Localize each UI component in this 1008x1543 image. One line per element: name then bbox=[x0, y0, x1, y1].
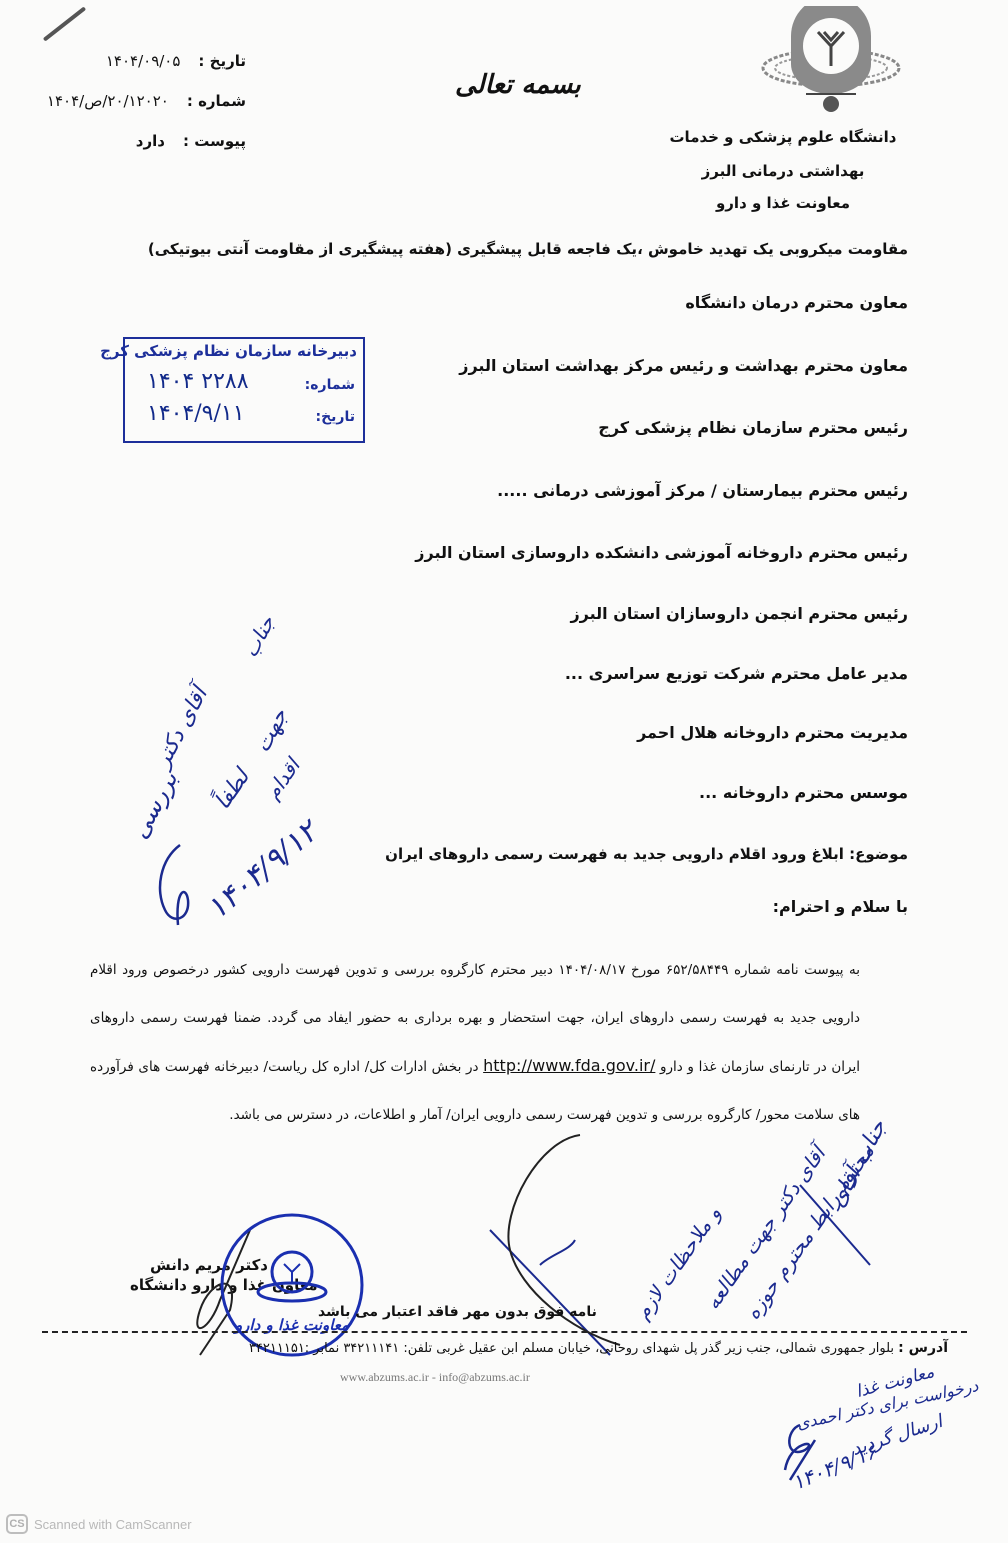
letter-body: به پیوست نامه شماره ۶۵۲/۵۸۴۴۹ مورخ ۱۴۰۴/… bbox=[90, 946, 860, 1139]
footer-divider bbox=[42, 1331, 967, 1333]
recipient-line: رئیس محترم انجمن داروسازان استان البرز bbox=[570, 604, 908, 623]
validity-note: نامه فوق بدون مهر فاقد اعتبار می باشد bbox=[318, 1304, 597, 1320]
registry-date-label: تاریخ: bbox=[315, 409, 355, 425]
org-department: معاونت غذا و دارو bbox=[633, 194, 933, 212]
registry-date-value: ۱۴۰۴/۹/۱۱ bbox=[147, 401, 245, 426]
handwritten-note-line: اقدام bbox=[260, 754, 305, 803]
footer-web-contact: www.abzums.ac.ir - info@abzums.ac.ir bbox=[340, 1370, 530, 1385]
recipient-line: مدیر عامل محترم شرکت توزیع سراسری ... bbox=[565, 664, 908, 683]
registry-number-value: ۱۴۰۴ ۲۲۸۸ bbox=[147, 369, 249, 394]
handwritten-note-line: آقای دکتر bbox=[150, 684, 213, 772]
registry-number-label: شماره: bbox=[305, 377, 355, 393]
org-name-line2: بهداشتی درمانی البرز bbox=[633, 162, 933, 180]
handwritten-note-date: ۱۴۰۴/۹/۱۲ bbox=[200, 814, 324, 926]
recipient-line: معاون محترم بهداشت و رئیس مرکز بهداشت اس… bbox=[459, 356, 908, 375]
handwritten-note-line: بررسی bbox=[125, 767, 183, 843]
registry-stamp-title: دبیرخانه سازمان نظام پزشکی کرج bbox=[100, 342, 357, 360]
handwritten-note-line: جناب bbox=[238, 612, 280, 662]
handwritten-signature-mark bbox=[150, 840, 210, 930]
handwritten-note-line: لطفاً bbox=[210, 765, 255, 814]
letter-date: تاریخ :۱۴۰۴/۰۹/۰۵ bbox=[106, 52, 246, 70]
recipient-line: رئیس محترم سازمان نظام پزشکی کرج bbox=[598, 418, 908, 437]
org-name-line1: دانشگاه علوم پزشکی و خدمات bbox=[633, 128, 933, 146]
letter-number: شماره :۲۰/۱۲۰۲۰/ص/۱۴۰۴ bbox=[47, 92, 246, 110]
recipient-line: موسس محترم داروخانه ... bbox=[699, 783, 908, 802]
fda-website-link[interactable]: http://www.fda.gov.ir/ bbox=[483, 1056, 655, 1075]
registry-stamp: دبیرخانه سازمان نظام پزشکی کرج شماره: ۱۴… bbox=[123, 337, 365, 443]
university-logo-icon bbox=[756, 6, 906, 116]
recipient-line: رئیس محترم داروخانه آموزشی دانشکده داروس… bbox=[415, 543, 908, 562]
camscanner-logo-icon: CS bbox=[6, 1514, 28, 1534]
letter-greeting: با سلام و احترام: bbox=[773, 897, 908, 916]
pen-stroke-mark bbox=[43, 6, 86, 41]
footer-address: آدرس : بلوار جمهوری شمالی، جنب زیر گذر پ… bbox=[249, 1340, 948, 1356]
basmala-heading: بسمه تعالی bbox=[455, 70, 581, 100]
official-seal-stamp: معاونت غذا و دارو bbox=[218, 1210, 366, 1360]
recipient-line: رئیس محترم بیمارستان / مرکز آموزشی درمان… bbox=[497, 481, 908, 500]
handwritten-note-line: جهت bbox=[250, 705, 293, 757]
camscanner-watermark: CS Scanned with CamScanner bbox=[6, 1514, 192, 1534]
recipient-line: معاون محترم درمان دانشگاه bbox=[685, 293, 908, 312]
handwritten-initials bbox=[770, 1420, 830, 1490]
letter-attachment: پیوست :دارد bbox=[136, 132, 246, 150]
recipient-line: مدیریت محترم داروخانه هلال احمر bbox=[637, 723, 908, 742]
letter-subject: موضوع: ابلاغ ورود اقلام دارویی جدید به ف… bbox=[385, 845, 908, 863]
campaign-title: مقاومت میکروبی یک تهدید خاموش ،یک فاجعه … bbox=[148, 240, 908, 258]
handwritten-strokes bbox=[480, 1130, 920, 1360]
